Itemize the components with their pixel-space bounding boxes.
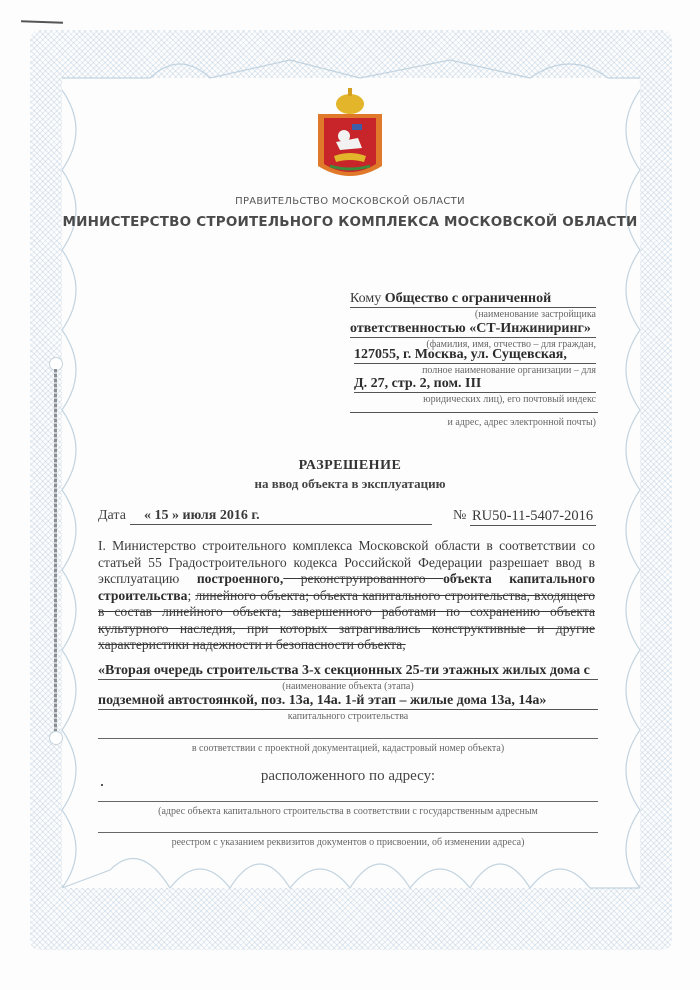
- recipient-value-4: Д. 27, стр. 2, пом. III: [354, 376, 481, 391]
- recipient-value-1: Общество с ограниченной: [385, 291, 551, 306]
- recipient-line-2: ответственностью «СТ-Инжиниринг»: [350, 320, 596, 338]
- recipient-value-2: ответственностью «СТ-Инжиниринг»: [350, 321, 591, 336]
- recipient-line-4: Д. 27, стр. 2, пом. III: [354, 375, 596, 393]
- ministry-name: МИНИСТЕРСТВО СТРОИТЕЛЬНОГО КОМПЛЕКСА МОС…: [0, 214, 700, 230]
- object-hint-3: в соответствии с проектной документацией…: [98, 743, 598, 754]
- date-number-line: Дата « 15 » июля 2016 г. № RU50-11-5407-…: [98, 508, 598, 526]
- stray-mark: [101, 784, 103, 786]
- binding-hole-bottom: [49, 731, 63, 745]
- date-label: Дата: [98, 508, 126, 524]
- object-name-line-3: [98, 738, 598, 739]
- section-1-built: построенного,: [197, 571, 283, 586]
- recipient-prefix: Кому: [350, 291, 381, 306]
- recipient-line-3: 127055, г. Москва, ул. Сущевская,: [354, 346, 596, 364]
- address-label: расположенного по адресу:: [98, 768, 598, 785]
- recipient-line-1: Кому Общество с ограниченной: [350, 290, 596, 308]
- address-line-2: [98, 832, 598, 833]
- recipient-hint-5: и адрес, адрес электронной почты): [447, 417, 596, 428]
- permit-number: RU50-11-5407-2016: [470, 508, 596, 526]
- recipient-value-3: 127055, г. Москва, ул. Сущевская,: [354, 347, 567, 362]
- government-name: ПРАВИТЕЛЬСТВО МОСКОВСКОЙ ОБЛАСТИ: [0, 196, 700, 207]
- binding-cord: [54, 369, 57, 733]
- document-subtitle: на ввод объекта в эксплуатацию: [0, 476, 700, 492]
- address-hint-2: реестром с указанием реквизитов документ…: [98, 837, 598, 848]
- recipient-hint-1: (наименование застройщика: [475, 309, 596, 320]
- recipient-line-5: [350, 398, 598, 413]
- date-value: « 15 » июля 2016 г.: [130, 508, 432, 525]
- document-title: РАЗРЕШЕНИЕ: [0, 458, 700, 474]
- object-name-line-1: «Вторая очередь строительства 3-х секцио…: [98, 662, 598, 680]
- moscow-oblast-coat-of-arms-icon: [312, 86, 388, 186]
- object-hint-2: капитального строительства: [98, 711, 598, 722]
- number-label: №: [453, 508, 466, 524]
- object-name-line-2: подземной автостоянкой, поз. 13а, 14а. 1…: [98, 692, 598, 710]
- address-hint-1: (адрес объекта капитального строительств…: [98, 806, 598, 817]
- scan-mark: [21, 20, 63, 23]
- section-1-paragraph: I. Министерство строительного комплекса …: [98, 538, 595, 654]
- object-hint-1: (наименование объекта (этапа): [98, 681, 598, 692]
- address-line-1: [98, 801, 598, 802]
- section-1-reconstructed-struck: реконструированного: [283, 571, 443, 586]
